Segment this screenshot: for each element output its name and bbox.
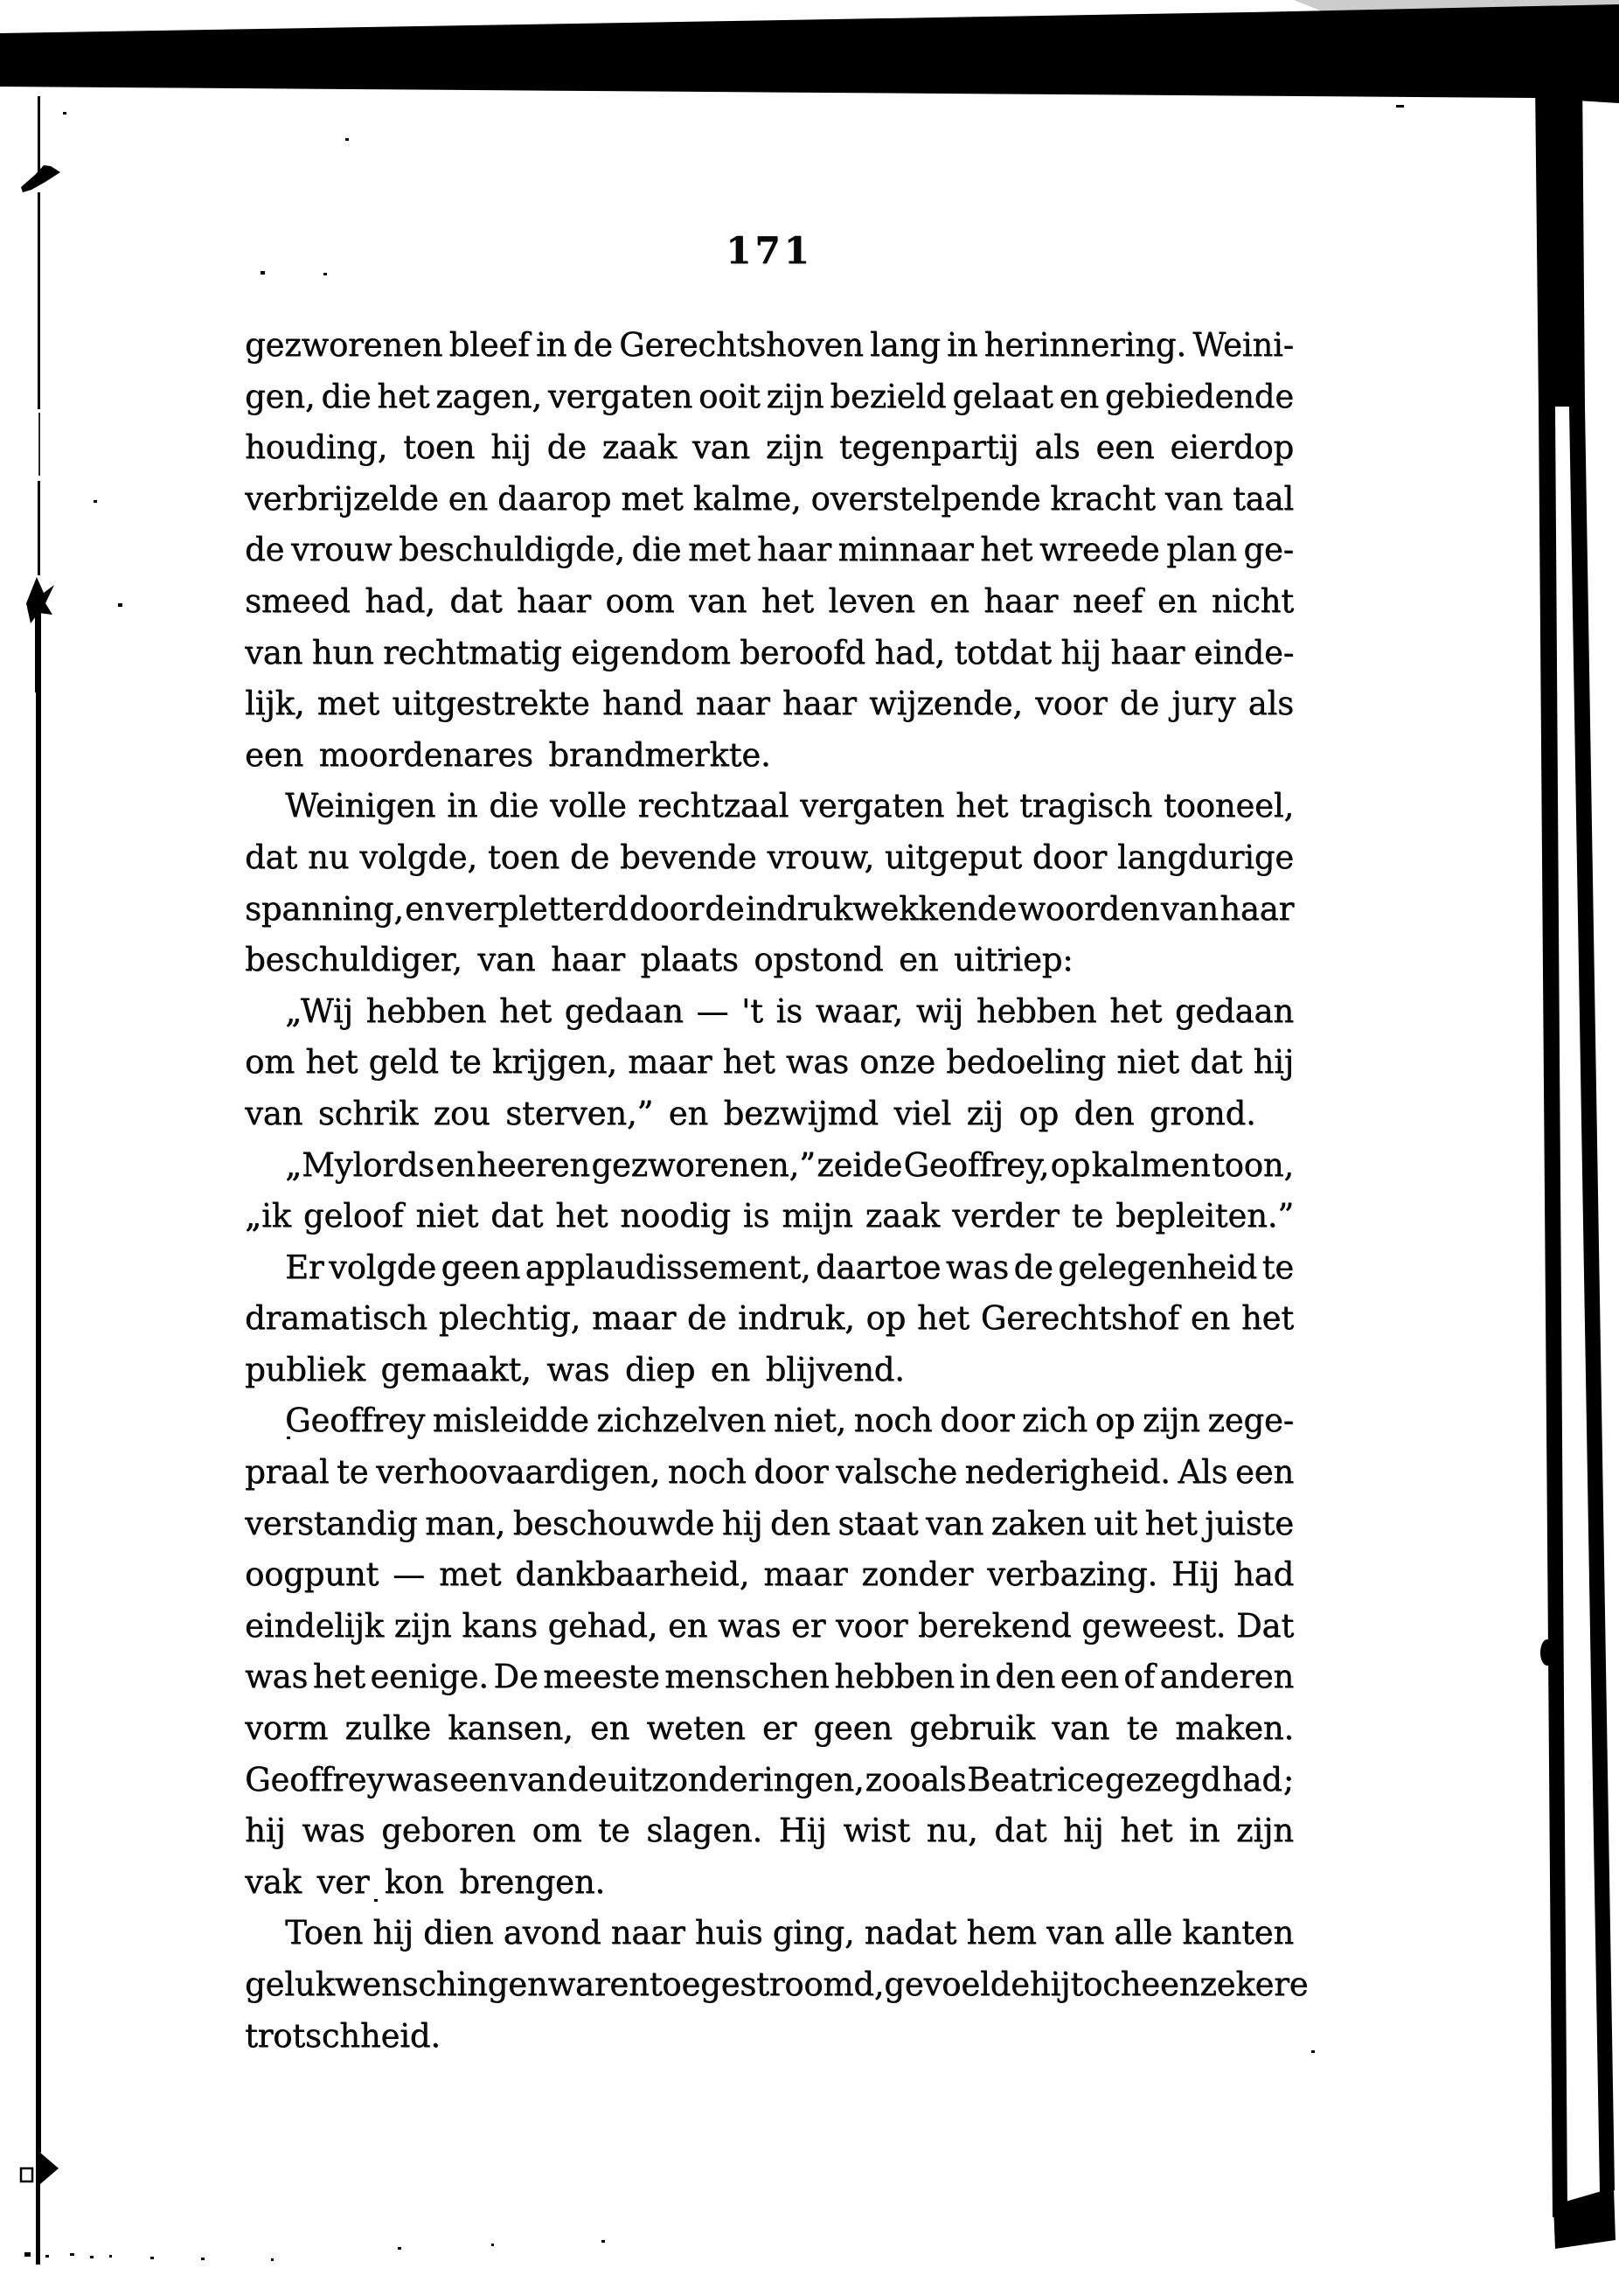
word: van <box>689 576 747 628</box>
word: spanning, <box>245 884 404 936</box>
word: eierdop <box>1170 422 1294 474</box>
word: gezegd <box>1105 1755 1221 1806</box>
word: zichzelven <box>596 1395 766 1447</box>
word: gelegenheid <box>1058 1242 1257 1294</box>
word: in <box>947 320 977 372</box>
word: dat <box>245 832 297 884</box>
word: alle <box>1114 1908 1172 1959</box>
word: niet <box>1116 1037 1179 1089</box>
word: Als <box>1178 1447 1227 1499</box>
word: beschuldigde, <box>399 525 625 576</box>
word: kalme, <box>693 474 802 525</box>
word: maar <box>628 1037 712 1089</box>
word: waar, <box>816 986 903 1038</box>
word: zich <box>1022 1395 1087 1447</box>
text-line: oogpunt—metdankbaarheid,maarzonderverbaz… <box>245 1549 1294 1601</box>
text-line: vormzulkekansen,enwetenergeengebruikvant… <box>245 1703 1294 1755</box>
text-line: „Wijhebbenhetgedaan—'tiswaar,wijhebbenhe… <box>245 986 1294 1038</box>
word: Hij <box>779 1805 827 1857</box>
word: vergaten <box>800 781 944 832</box>
word: Geoffrey, <box>903 1140 1049 1192</box>
word: Hij <box>1171 1549 1219 1601</box>
word: het <box>305 1037 358 1089</box>
word: staat <box>837 1499 918 1550</box>
word: niet <box>415 1191 478 1242</box>
word: houding, <box>245 422 387 474</box>
text-line: publiek gemaakt, was diep en blijvend. <box>245 1345 1294 1396</box>
word: is <box>743 1191 769 1242</box>
word: wijzende, <box>869 678 1023 730</box>
word: verbrijzelde <box>245 474 439 525</box>
word: er <box>791 1601 825 1652</box>
word: en <box>1060 372 1099 423</box>
word: weten <box>646 1703 745 1755</box>
word: noch <box>668 1447 747 1499</box>
word: naar <box>696 678 770 730</box>
word: toon, <box>1212 1140 1294 1192</box>
word: de <box>570 832 609 884</box>
word: in <box>447 781 477 832</box>
word: tragisch <box>1019 781 1152 832</box>
word: had <box>1233 1549 1294 1601</box>
word: gedaan <box>565 986 684 1038</box>
word: Beatrice <box>967 1755 1104 1806</box>
word: op <box>1095 1395 1136 1447</box>
text-block: gezworenenbleefindeGerechtshovenlanginhe… <box>245 320 1294 2062</box>
word: den <box>770 1499 830 1550</box>
word: gevoelde <box>884 1959 1029 2011</box>
word: hij <box>1060 628 1101 679</box>
word: toen <box>403 422 475 474</box>
word: gezworenen,” <box>591 1140 815 1192</box>
word: dramatisch <box>245 1293 427 1345</box>
word: einde- <box>1194 628 1294 679</box>
word: niet, <box>774 1395 846 1447</box>
word: Weinigen <box>285 781 435 832</box>
text-line: datnuvolgde,toendebevendevrouw,uitgeputd… <box>245 832 1294 884</box>
word: vrouw, <box>767 832 874 884</box>
word: de <box>245 525 284 576</box>
word: en <box>448 474 488 525</box>
word: ; <box>1283 1755 1294 1806</box>
text-line: washeteenige.Demeestemenschenhebbeninden… <box>245 1652 1294 1703</box>
word: waren <box>547 1959 649 2011</box>
word: of <box>1123 1652 1155 1703</box>
word: noch <box>854 1395 933 1447</box>
word: om <box>245 1037 295 1089</box>
word: verpletterd <box>446 884 629 936</box>
word: slagen. <box>646 1805 762 1857</box>
word: daartoe <box>816 1242 941 1294</box>
word: op <box>865 1293 906 1345</box>
word: dat <box>994 1805 1046 1857</box>
left-star-blob <box>26 577 54 623</box>
word: zaak <box>602 422 677 474</box>
word: en <box>590 1703 629 1755</box>
word: 't <box>741 986 763 1038</box>
word: te <box>1072 1191 1103 1242</box>
word: hij <box>1063 1805 1104 1857</box>
word: Geoffrey <box>285 1395 425 1447</box>
text-line: vanhunrechtmatigeigendomberoofdhad,totda… <box>245 628 1294 679</box>
word: te <box>1262 1242 1294 1294</box>
text-line: van schrik zou sterven,” en bezwijmd vie… <box>245 1089 1294 1140</box>
word: hebben <box>834 1652 955 1703</box>
word: een <box>1141 1959 1199 2011</box>
word: in <box>536 320 566 372</box>
word: met <box>317 678 379 730</box>
word: dat <box>1190 1037 1242 1089</box>
left-fold-line <box>21 96 60 2265</box>
word: het <box>1241 1293 1294 1345</box>
word: nu <box>308 832 349 884</box>
word: — <box>696 986 728 1038</box>
word: bepleiten.” <box>1115 1191 1294 1242</box>
word: was <box>386 1755 448 1806</box>
word: te <box>598 1805 629 1857</box>
word: maken. <box>1175 1703 1294 1755</box>
word: volgde <box>329 1242 436 1294</box>
word: hun <box>312 628 374 679</box>
word: gebruik <box>909 1703 1035 1755</box>
word: Weini- <box>1192 320 1294 372</box>
word: het <box>499 986 552 1038</box>
left-hook-top <box>21 165 60 192</box>
word: uitgeput <box>885 832 1022 884</box>
text-line: praalteverhoovaardigen,nochdoorvalschene… <box>245 1447 1294 1499</box>
word: daarop <box>497 474 611 525</box>
word: zijn <box>1236 1805 1294 1857</box>
word: het <box>377 372 429 423</box>
word: het <box>955 781 1008 832</box>
word: zaken <box>991 1499 1087 1550</box>
word: zijn <box>394 1601 452 1652</box>
word: uit <box>1094 1499 1137 1550</box>
word: geen <box>813 1703 893 1755</box>
word: was <box>302 1805 365 1857</box>
word: Gerechtshof <box>981 1293 1179 1345</box>
word: geloof <box>303 1191 403 1242</box>
word: „Mylords <box>285 1140 434 1192</box>
word: gelukwenschingen <box>245 1959 547 2011</box>
word: heeren <box>476 1140 590 1192</box>
word: als <box>1034 422 1080 474</box>
word: praal <box>245 1447 329 1499</box>
word: Er <box>285 1242 323 1294</box>
word: naar <box>611 1908 685 1959</box>
word: volle <box>550 781 627 832</box>
word: rechtzaal <box>638 781 789 832</box>
word: zijn <box>766 422 823 474</box>
word: de <box>573 320 613 372</box>
word: bleef <box>449 320 530 372</box>
word: berekend <box>918 1601 1071 1652</box>
word: had, <box>874 628 945 679</box>
word: van <box>1165 474 1223 525</box>
word: hand <box>602 678 684 730</box>
text-line: „Mylordsenheerengezworenen,”zeideGeoffre… <box>245 1140 1294 1192</box>
text-line: houding,toenhijdezaakvanzijntegenpartija… <box>245 422 1294 474</box>
word: het <box>1145 1499 1198 1550</box>
word: noodig <box>620 1191 730 1242</box>
word: ge- <box>1243 525 1293 576</box>
word: eindelijk <box>245 1601 384 1652</box>
word: nadat <box>865 1908 957 1959</box>
word: verbazing. <box>987 1549 1157 1601</box>
word: de <box>567 1755 607 1806</box>
text-line: lijk,metuitgestrektehandnaarhaarwijzende… <box>245 678 1294 730</box>
word: De <box>493 1652 538 1703</box>
scanned-book-page: 171 gezworenenbleefindeGerechtshovenlang… <box>0 0 1619 2296</box>
left-hook-bottom <box>40 2153 59 2184</box>
word: „Wij <box>285 986 353 1038</box>
word: wij <box>916 986 963 1038</box>
word: Geoffrey <box>245 1755 385 1806</box>
halftone-wedge <box>1294 0 1619 23</box>
word: haar <box>517 576 591 628</box>
word: wist <box>843 1805 910 1857</box>
word: vergaten <box>548 372 692 423</box>
word: nu, <box>927 1805 978 1857</box>
word: lang <box>870 320 941 372</box>
word: gen, <box>245 372 315 423</box>
text-line: gen,diehetzagen,vergatenooitzijnbezieldg… <box>245 372 1294 423</box>
word: voor <box>836 1601 907 1652</box>
word: misleidde <box>433 1395 589 1447</box>
word: voor <box>1035 678 1107 730</box>
word: die <box>631 525 681 576</box>
word: de <box>547 422 587 474</box>
word: zijn <box>1143 1395 1200 1447</box>
word: het <box>980 525 1032 576</box>
page-number: 171 <box>245 229 1294 272</box>
word: plechtig, <box>439 1293 580 1345</box>
word: eigendom <box>571 628 731 679</box>
word: om <box>532 1805 581 1857</box>
word: die <box>321 372 371 423</box>
word: was <box>786 1037 849 1089</box>
word: huis <box>695 1908 763 1959</box>
word: nederigheid. <box>965 1447 1171 1499</box>
word: maar <box>592 1293 676 1345</box>
word: langdurige <box>1117 832 1294 884</box>
word: hij <box>722 1499 763 1550</box>
word: rechtmatig <box>383 628 562 679</box>
text-line: devrouwbeschuldigde,diemethaarminnaarhet… <box>245 525 1294 576</box>
word: toch <box>1070 1959 1141 2011</box>
word: plan <box>1166 525 1237 576</box>
word: haar <box>983 576 1058 628</box>
word: van <box>1046 1908 1104 1959</box>
word: het <box>1120 1805 1172 1857</box>
word: indruk, <box>738 1293 855 1345</box>
word: herinnering. <box>984 320 1186 372</box>
word: was <box>718 1601 781 1652</box>
word: toen <box>488 832 559 884</box>
word: tooneel, <box>1164 781 1294 832</box>
word: zijn <box>767 372 824 423</box>
word: dankbaarheid, <box>515 1549 749 1601</box>
text-line: omhetgeldtekrijgen,maarhetwasonzebedoeli… <box>245 1037 1294 1089</box>
word: door <box>940 1395 1014 1447</box>
word: meeste <box>543 1652 659 1703</box>
word: gelaat <box>952 372 1053 423</box>
word: nicht <box>1212 576 1294 628</box>
word: gehad, <box>548 1601 658 1652</box>
word: hebben <box>976 986 1097 1038</box>
word: een <box>1060 1652 1119 1703</box>
word: door <box>1032 832 1107 884</box>
word: hij <box>1253 1037 1294 1089</box>
word: hij <box>1030 1959 1071 2011</box>
word: zaak <box>865 1191 940 1242</box>
word: uitgestrekte <box>392 678 589 730</box>
word: onze <box>859 1037 935 1089</box>
word: het <box>917 1293 969 1345</box>
text-line: trotschheid. <box>245 2011 1294 2063</box>
word: „ik <box>245 1191 291 1242</box>
word: gezworenen <box>245 320 442 372</box>
word: met <box>439 1549 501 1601</box>
word: dien <box>423 1908 493 1959</box>
text-line: verstandigman,beschouwdehijdenstaatvanza… <box>245 1499 1294 1550</box>
word: zagen, <box>435 372 542 423</box>
word: totdat <box>954 628 1051 679</box>
word: zulke <box>344 1703 430 1755</box>
word: tegenpartij <box>839 422 1019 474</box>
word: en <box>1191 1293 1230 1345</box>
word: is <box>775 986 802 1038</box>
word: geweest. <box>1081 1601 1226 1652</box>
word: kansen, <box>448 1703 573 1755</box>
word: vorm <box>245 1703 328 1755</box>
word: van <box>926 1499 983 1550</box>
word: volgde, <box>359 832 477 884</box>
text-line: vak ver kon brengen. <box>245 1857 1294 1909</box>
word: op <box>1051 1140 1091 1192</box>
word: indrukwekkende <box>746 884 1017 936</box>
text-line: verbrijzeldeendaaropmetkalme,overstelpen… <box>245 474 1294 525</box>
word: verhoovaardigen, <box>376 1447 660 1499</box>
word: neef <box>1073 576 1143 628</box>
word: was <box>946 1242 1009 1294</box>
text-line: gelukwenschingenwarentoegestroomd,gevoel… <box>245 1959 1294 2011</box>
word: bevende <box>620 832 756 884</box>
word: van <box>509 1755 566 1806</box>
word: toegestroomd, <box>650 1959 885 2011</box>
text-line: gezworenenbleefindeGerechtshovenlanginhe… <box>245 320 1294 372</box>
word: verder <box>952 1191 1060 1242</box>
word: zooals <box>865 1755 966 1806</box>
word: Dat <box>1236 1601 1294 1652</box>
word: met <box>621 474 683 525</box>
word: van <box>692 422 750 474</box>
word: bedoeling <box>946 1037 1106 1089</box>
text-line: een moordenares brandmerkte. <box>245 730 1294 782</box>
text-line: eindelijkzijnkansgehad,enwaservoorbereke… <box>245 1601 1294 1652</box>
text-line: beschuldiger, van haar plaats opstond en… <box>245 935 1294 986</box>
word: had, <box>365 576 435 628</box>
word: zekere <box>1199 1959 1308 2011</box>
word: jury <box>1171 678 1235 730</box>
word: ooit <box>698 372 760 423</box>
word: lijk, <box>245 678 304 730</box>
word: haar <box>1219 884 1294 936</box>
word: en <box>929 576 969 628</box>
text-line: hijwasgeborenomteslagen.Hijwistnu,dathij… <box>245 1805 1294 1857</box>
word: kracht <box>1050 474 1155 525</box>
word: van <box>1052 1703 1109 1755</box>
word: het <box>555 1191 608 1242</box>
word: beroofd <box>740 628 865 679</box>
text-line: Geoffreymisleiddezichzelvenniet,nochdoor… <box>245 1395 1294 1447</box>
word: te <box>337 1447 368 1499</box>
word: de <box>1013 1242 1053 1294</box>
word: oom <box>605 576 674 628</box>
word: als <box>1248 678 1294 730</box>
top-scan-band <box>0 4 1619 103</box>
word: en <box>1157 576 1197 628</box>
word: Gerechtshoven <box>619 320 864 372</box>
word: het <box>722 1037 775 1089</box>
word: zeide <box>816 1140 902 1192</box>
word: valsche <box>836 1447 957 1499</box>
word: had <box>1222 1755 1282 1806</box>
word: geen <box>441 1242 521 1294</box>
word: en <box>435 1140 475 1192</box>
word: bezield <box>830 372 946 423</box>
word: die <box>489 781 539 832</box>
word: te <box>449 1037 481 1089</box>
word: de <box>687 1293 726 1345</box>
word: gedaan <box>1175 986 1294 1038</box>
word: maar <box>763 1549 847 1601</box>
word: door <box>754 1447 828 1499</box>
word: ging, <box>773 1908 855 1959</box>
word: het <box>761 576 814 628</box>
text-line: „ikgeloofnietdathetnoodigismijnzaakverde… <box>245 1191 1294 1242</box>
word: van <box>1161 884 1219 936</box>
word: — <box>393 1549 425 1601</box>
word: te <box>1126 1703 1157 1755</box>
word: van <box>245 628 302 679</box>
word: overstelpende <box>810 474 1040 525</box>
word: menschen <box>664 1652 829 1703</box>
word: zonder <box>861 1549 973 1601</box>
word: het <box>1109 986 1162 1038</box>
word: in <box>959 1652 990 1703</box>
word: vrouw <box>291 525 392 576</box>
word: en <box>668 1601 707 1652</box>
text-line: spanning,enverpletterddoordeindrukwekken… <box>245 884 1294 936</box>
word: gebiedende <box>1105 372 1294 423</box>
word: en <box>405 884 444 936</box>
word: beschouwde <box>513 1499 714 1550</box>
word: er <box>762 1703 796 1755</box>
word: kalmen <box>1092 1140 1211 1192</box>
word: geld <box>369 1037 439 1089</box>
word: haar <box>757 525 831 576</box>
word: was <box>245 1652 308 1703</box>
word: de <box>1120 678 1159 730</box>
word: dat <box>490 1191 543 1242</box>
word: den <box>995 1652 1055 1703</box>
word: wreede <box>1039 525 1160 576</box>
word: minnaar <box>837 525 973 576</box>
text-line: Toenhijdienavondnaarhuisging,nadathemvan… <box>245 1908 1294 1959</box>
word: man, <box>425 1499 505 1550</box>
word: een <box>449 1755 508 1806</box>
